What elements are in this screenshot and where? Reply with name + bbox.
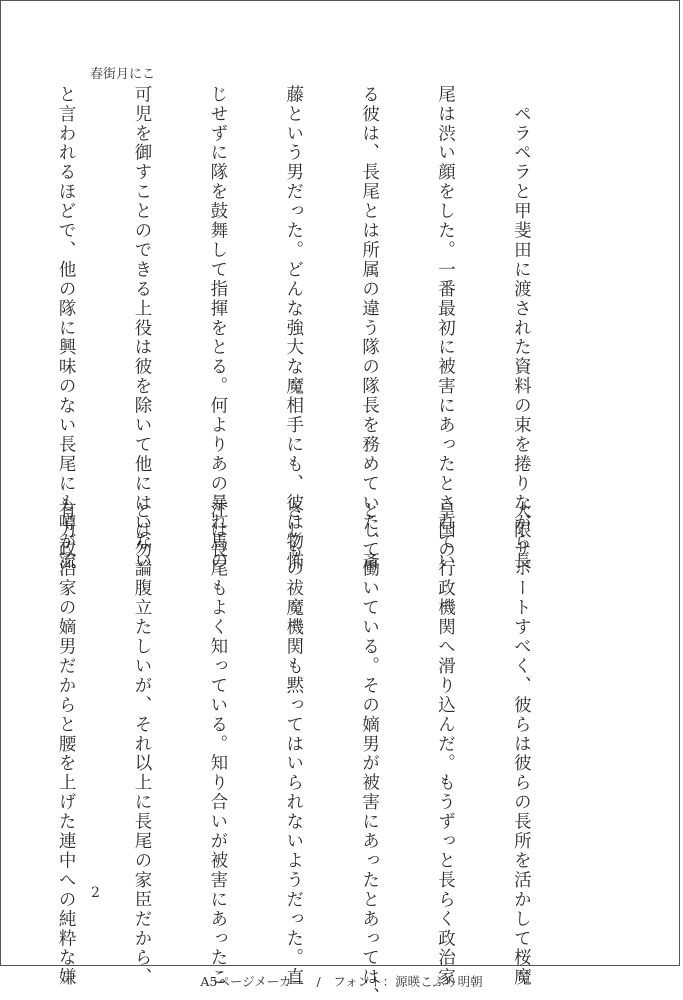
text-column: 皇国の行政機関へ滑り込んだ。もうずっと長らく政治家	[432, 501, 457, 893]
text-block-bottom: 大限サポートすべく、彼らは彼らの長所を活かして桜魔 皇国の行政機関へ滑り込んだ。…	[78, 501, 584, 893]
text-column: とは勿論腹立たしいが、それ以上に長尾の家臣だから、	[129, 501, 154, 893]
text-column: と言われるほどで、他の隊に興味のない長尾にも噂が流	[53, 85, 78, 477]
text-column: れてくるほどだった。だが、ある日を境に彼は祓魔師を	[0, 85, 2, 477]
book-page: 春街月にこ ペラペラと甲斐田に渡された資料の束を捲りながら長 尾は渋い顔をした。…	[0, 0, 680, 966]
text-column: 悪の方が強かった。	[0, 501, 2, 893]
text-block-top: ペラペラと甲斐田に渡された資料の束を捲りながら長 尾は渋い顔をした。一番最初に被…	[78, 85, 584, 477]
text-column: ペラペラと甲斐田に渡された資料の束を捲りながら長	[508, 85, 533, 477]
text-column: さしもの祓魔機関も黙ってはいられないようだった。直	[280, 501, 305, 893]
text-column: として働いている。その嫡男が被害にあったとあっては、	[356, 501, 381, 893]
text-column: 江は長尾もよく知っている。知り合いが被害にあったこ	[205, 501, 230, 893]
page-number: 2	[91, 885, 100, 901]
text-column: 尾は渋い顔をした。一番最初に被害にあったとされてい	[432, 85, 457, 477]
text-column: 有力政治家の嫡男だからと腰を上げた連中への純粋な嫌	[53, 501, 78, 893]
text-column: じせずに隊を鼓舞して指揮をとる。何よりあの暴れ馬の	[205, 85, 230, 477]
footer-credit: A5ページメーカー / フォント：源暎こぶり明朝	[0, 972, 683, 990]
text-column: 大限サポートすべく、彼らは彼らの長所を活かして桜魔	[508, 501, 533, 893]
text-column: 藤という男だった。どんな強大な魔相手にも、彼は物怖	[280, 85, 305, 477]
running-head: 春街月にこ	[90, 63, 155, 82]
text-column: る彼は、長尾とは所属の違う隊の隊長を務めていた、斎	[356, 85, 381, 477]
text-column: 可児を御すことのできる上役は彼を除いて他にはいない	[129, 85, 154, 477]
